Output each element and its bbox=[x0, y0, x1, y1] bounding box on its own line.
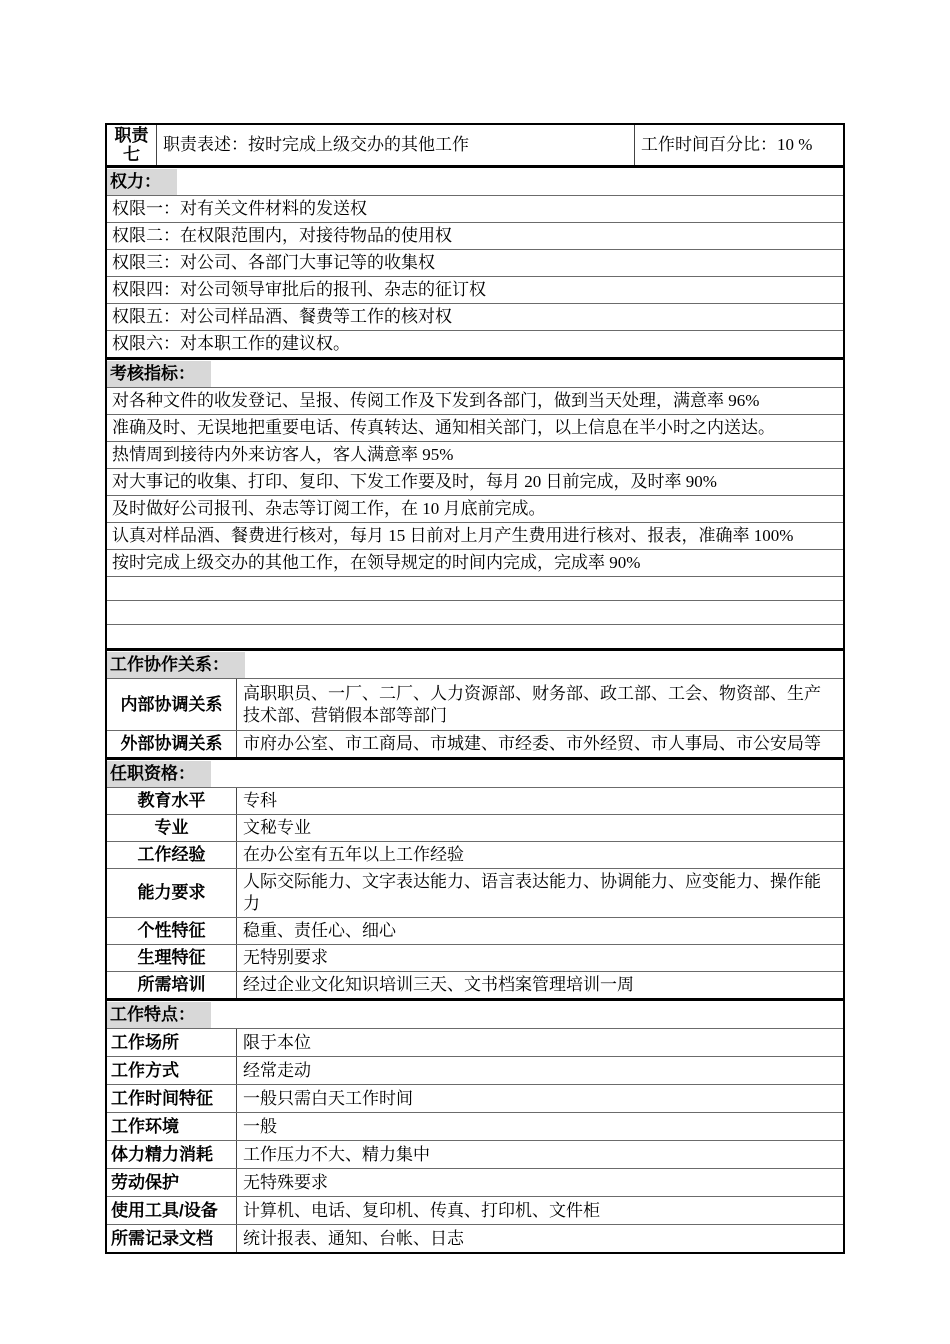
work-time-percent: 工作时间百分比：10 % bbox=[635, 125, 843, 165]
qualification-header-row: 任职资格： bbox=[107, 757, 843, 787]
features-header: 工作特点： bbox=[107, 1002, 211, 1028]
kpi-header: 考核指标： bbox=[107, 361, 211, 387]
authority-item-row: 权限三：对公司、各部门大事记等的收集权 bbox=[107, 249, 843, 276]
authority-header-row: 权力： bbox=[107, 165, 843, 195]
kpi-item-row: 热情周到接待内外来访客人，客人满意率 95% bbox=[107, 441, 843, 468]
kpi-item-row: 按时完成上级交办的其他工作，在领导规定的时间内完成，完成率 90% bbox=[107, 549, 843, 576]
kpi-item-row: 及时做好公司报刊、杂志等订阅工作，在 10 月底前完成。 bbox=[107, 495, 843, 522]
kpi-item-row: 认真对样品酒、餐费进行核对，每月 15 日前对上月产生费用进行核对、报表，准确率… bbox=[107, 522, 843, 549]
row-label: 专业 bbox=[107, 815, 237, 841]
row-value: 稳重、责任心、细心 bbox=[237, 918, 843, 944]
row-label: 劳动保护 bbox=[107, 1169, 237, 1196]
row-label: 所需培训 bbox=[107, 972, 237, 998]
feature-row: 工作方式 经常走动 bbox=[107, 1056, 843, 1084]
kpi-header-row: 考核指标： bbox=[107, 357, 843, 387]
qualification-row: 工作经验 在办公室有五年以上工作经验 bbox=[107, 841, 843, 868]
row-value: 专科 bbox=[237, 788, 843, 814]
collaboration-row: 外部协调关系 市府办公室、市工商局、市城建、市经委、市外经贸、市人事局、市公安局… bbox=[107, 730, 843, 757]
row-label: 体力精力消耗 bbox=[107, 1141, 237, 1168]
duty-number-cell: 职责 七 bbox=[107, 125, 157, 165]
row-value: 经过企业文化知识培训三天、文书档案管理培训一周 bbox=[237, 972, 843, 998]
row-label: 所需记录文档 bbox=[107, 1225, 237, 1252]
row-value: 在办公室有五年以上工作经验 bbox=[237, 842, 843, 868]
authority-item-row: 权限一：对有关文件材料的发送权 bbox=[107, 195, 843, 222]
feature-row: 所需记录文档 统计报表、通知、台帐、日志 bbox=[107, 1224, 843, 1252]
row-label: 外部协调关系 bbox=[107, 731, 237, 757]
kpi-empty-row bbox=[107, 600, 843, 624]
authority-item-row: 权限五：对公司样品酒、餐费等工作的核对权 bbox=[107, 303, 843, 330]
duty-row: 职责 七 职责表述：按时完成上级交办的其他工作 工作时间百分比：10 % bbox=[107, 125, 843, 165]
row-label: 使用工具/设备 bbox=[107, 1197, 237, 1224]
qualification-row: 能力要求 人际交际能力、文字表达能力、语言表达能力、协调能力、应变能力、操作能力 bbox=[107, 868, 843, 917]
row-value: 一般只需白天工作时间 bbox=[237, 1086, 843, 1112]
row-label: 教育水平 bbox=[107, 788, 237, 814]
duty-description: 职责表述：按时完成上级交办的其他工作 bbox=[157, 125, 635, 165]
collaboration-row: 内部协调关系 高职职员、一厂、二厂、人力资源部、财务部、政工部、工会、物资部、生… bbox=[107, 678, 843, 730]
kpi-item-row: 准确及时、无误地把重要电话、传真转达、通知相关部门，以上信息在半小时之内送达。 bbox=[107, 414, 843, 441]
duty-number-line1: 职责 bbox=[115, 126, 149, 145]
row-value: 文秘专业 bbox=[237, 815, 843, 841]
authority-header: 权力： bbox=[107, 169, 177, 195]
row-value: 计算机、电话、复印机、传真、打印机、文件柜 bbox=[237, 1198, 843, 1224]
qualification-row: 生理特征 无特别要求 bbox=[107, 944, 843, 971]
row-label: 工作经验 bbox=[107, 842, 237, 868]
feature-row: 工作环境 一般 bbox=[107, 1112, 843, 1140]
qualification-row: 个性特征 稳重、责任心、细心 bbox=[107, 917, 843, 944]
feature-row: 劳动保护 无特殊要求 bbox=[107, 1168, 843, 1196]
kpi-empty-row bbox=[107, 624, 843, 648]
row-value: 无特别要求 bbox=[237, 945, 843, 971]
features-header-row: 工作特点： bbox=[107, 998, 843, 1028]
feature-row: 体力精力消耗 工作压力不大、精力集中 bbox=[107, 1140, 843, 1168]
collaboration-header: 工作协作关系： bbox=[107, 652, 245, 678]
row-value: 统计报表、通知、台帐、日志 bbox=[237, 1226, 843, 1252]
duty-number-line2: 七 bbox=[123, 145, 140, 164]
row-value: 经常走动 bbox=[237, 1058, 843, 1084]
row-value: 工作压力不大、精力集中 bbox=[237, 1142, 843, 1168]
row-label: 能力要求 bbox=[107, 869, 237, 917]
job-description-table: 职责 七 职责表述：按时完成上级交办的其他工作 工作时间百分比：10 % 权力：… bbox=[105, 123, 845, 1254]
row-label: 工作场所 bbox=[107, 1029, 237, 1056]
row-value: 一般 bbox=[237, 1114, 843, 1140]
qualification-row: 所需培训 经过企业文化知识培训三天、文书档案管理培训一周 bbox=[107, 971, 843, 998]
qualification-header: 任职资格： bbox=[107, 761, 211, 787]
kpi-item-row: 对各种文件的收发登记、呈报、传阅工作及下发到各部门，做到当天处理，满意率 96% bbox=[107, 387, 843, 414]
feature-row: 使用工具/设备 计算机、电话、复印机、传真、打印机、文件柜 bbox=[107, 1196, 843, 1224]
collaboration-header-row: 工作协作关系： bbox=[107, 648, 843, 678]
row-label: 工作方式 bbox=[107, 1057, 237, 1084]
row-value: 人际交际能力、文字表达能力、语言表达能力、协调能力、应变能力、操作能力 bbox=[237, 869, 843, 917]
kpi-empty-row bbox=[107, 576, 843, 600]
authority-item-row: 权限四：对公司领导审批后的报刊、杂志的征订权 bbox=[107, 276, 843, 303]
kpi-item-row: 对大事记的收集、打印、复印、下发工作要及时，每月 20 日前完成，及时率 90% bbox=[107, 468, 843, 495]
row-value: 高职职员、一厂、二厂、人力资源部、财务部、政工部、工会、物资部、生产技术部、营销… bbox=[237, 681, 843, 729]
qualification-row: 专业 文秘专业 bbox=[107, 814, 843, 841]
row-value: 市府办公室、市工商局、市城建、市经委、市外经贸、市人事局、市公安局等 bbox=[237, 731, 843, 757]
row-value: 限于本位 bbox=[237, 1030, 843, 1056]
authority-item-row: 权限二：在权限范围内，对接待物品的使用权 bbox=[107, 222, 843, 249]
row-label: 内部协调关系 bbox=[107, 679, 237, 730]
row-label: 生理特征 bbox=[107, 945, 237, 971]
row-label: 个性特征 bbox=[107, 918, 237, 944]
row-label: 工作时间特征 bbox=[107, 1085, 237, 1112]
row-value: 无特殊要求 bbox=[237, 1170, 843, 1196]
feature-row: 工作时间特征 一般只需白天工作时间 bbox=[107, 1084, 843, 1112]
row-label: 工作环境 bbox=[107, 1113, 237, 1140]
feature-row: 工作场所 限于本位 bbox=[107, 1028, 843, 1056]
authority-item-row: 权限六：对本职工作的建议权。 bbox=[107, 330, 843, 357]
qualification-row: 教育水平 专科 bbox=[107, 787, 843, 814]
